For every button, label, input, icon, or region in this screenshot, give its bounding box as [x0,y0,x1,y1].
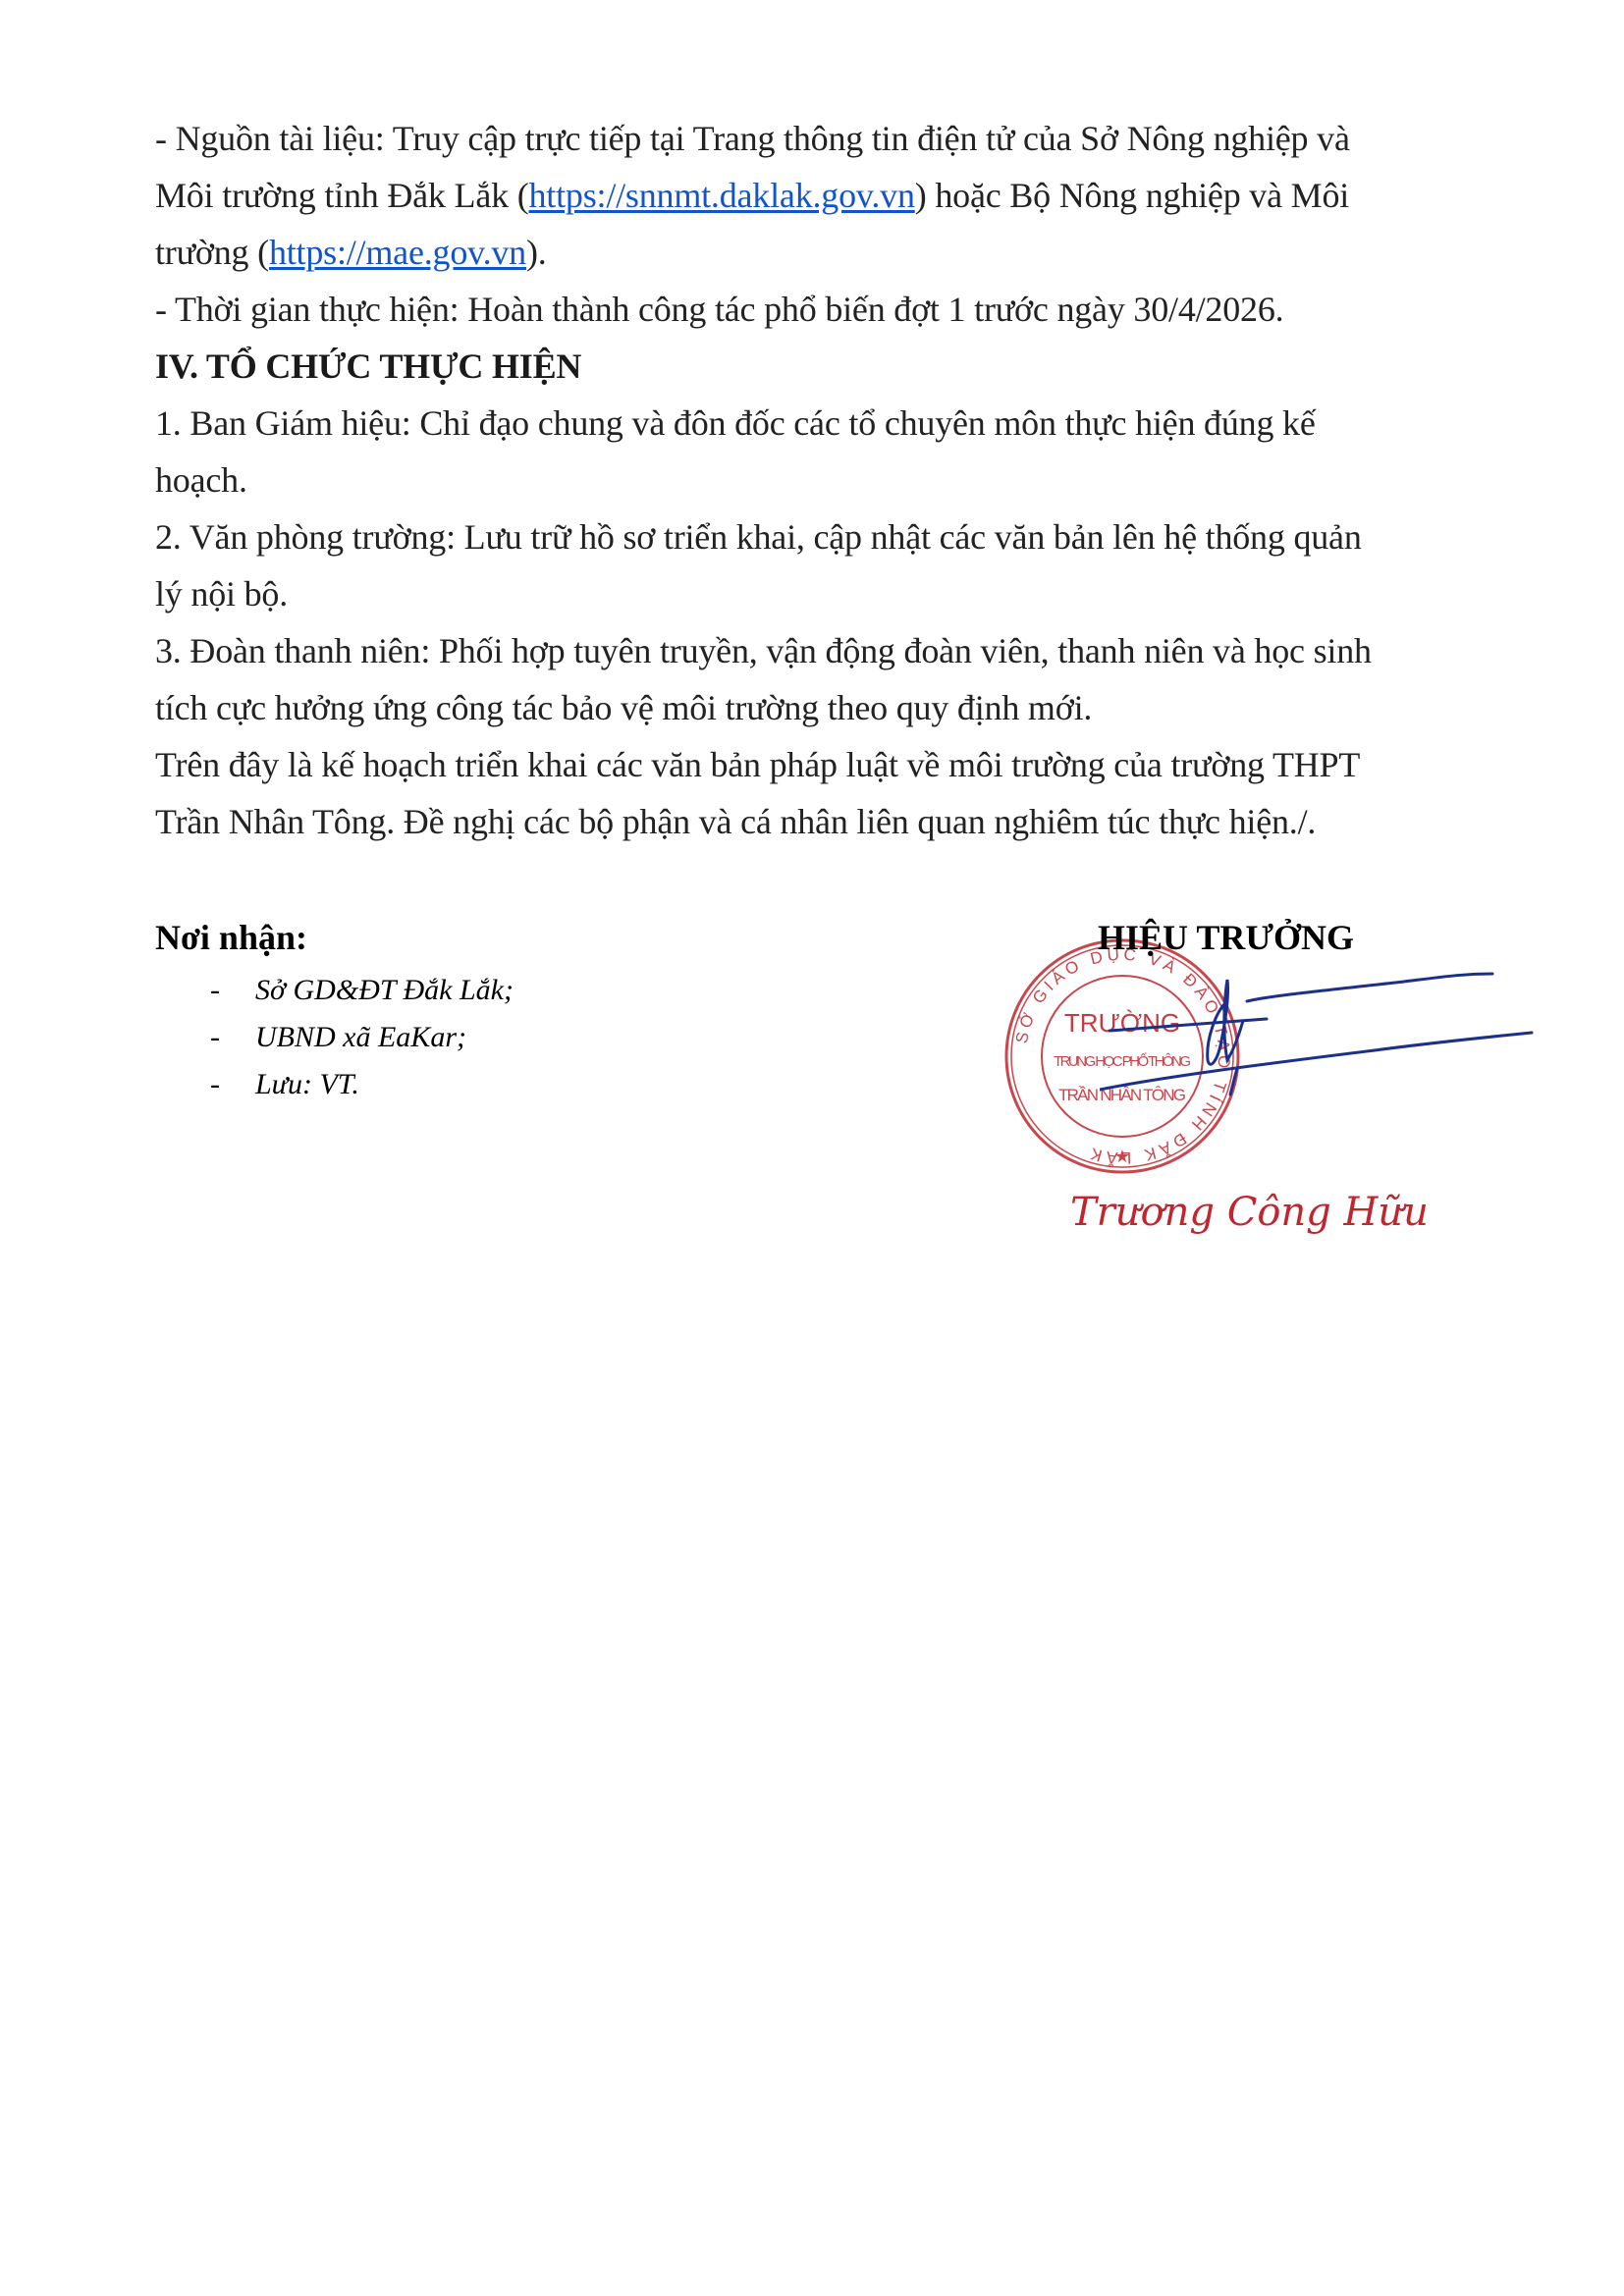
source-text-post-2: ). [526,233,547,272]
item1-line-2: hoạch. [155,452,247,508]
item3-line-1: 3. Đoàn thanh niên: Phối hợp tuyên truyề… [155,622,1372,679]
recipient-item: -Lưu: VT. [210,1068,359,1101]
signer-title: HIỆU TRƯỞNG [1098,917,1354,958]
link-mae-gov[interactable]: https://mae.gov.vn [269,233,526,272]
recipient-item: -UBND xã EaKar; [210,1021,466,1054]
recipient-item: -Sở GD&ĐT Đắk Lắk; [210,974,514,1007]
closing-line-1: Trên đây là kế hoạch triển khai các văn … [155,736,1360,793]
source-line-3: trường (https://mae.gov.vn). [155,224,547,281]
item2-line-2: lý nội bộ. [155,565,288,622]
document-page: - Nguồn tài liệu: Truy cập trực tiếp tại… [0,0,1624,2296]
svg-text:★: ★ [1114,1147,1130,1166]
recipient-text: Sở GD&ĐT Đắk Lắk; [255,974,514,1006]
timeline-line: - Thời gian thực hiện: Hoàn thành công t… [155,281,1283,338]
source-line-1: - Nguồn tài liệu: Truy cập trực tiếp tại… [155,110,1350,167]
signer-name: Trương Công Hữu [1070,1190,1429,1235]
handwritten-signature-icon [1100,972,1542,1119]
list-dash: - [210,1068,255,1101]
source-line-2: Môi trường tỉnh Đắk Lắk (https://snnmt.d… [155,167,1349,224]
item2-line-1: 2. Văn phòng trường: Lưu trữ hồ sơ triển… [155,508,1362,565]
source-text-pre-2: trường ( [155,233,269,272]
source-text-pre: Môi trường tỉnh Đắk Lắk ( [155,176,529,215]
source-text-post: ) hoặc Bộ Nông nghiệp và Môi [915,176,1349,215]
list-dash: - [210,1021,255,1054]
item1-line-1: 1. Ban Giám hiệu: Chỉ đạo chung và đôn đ… [155,395,1316,452]
link-snnmt-daklak[interactable]: https://snnmt.daklak.gov.vn [529,176,915,215]
recipient-text: Lưu: VT. [255,1068,359,1100]
item3-line-2: tích cực hưởng ứng công tác bảo vệ môi t… [155,679,1092,736]
closing-line-2: Trần Nhân Tông. Đề nghị các bộ phận và c… [155,793,1316,850]
recipients-title: Nơi nhận: [155,917,307,958]
section-heading: IV. TỔ CHỨC THỰC HIỆN [155,338,581,395]
recipient-text: UBND xã EaKar; [255,1021,466,1053]
list-dash: - [210,974,255,1007]
